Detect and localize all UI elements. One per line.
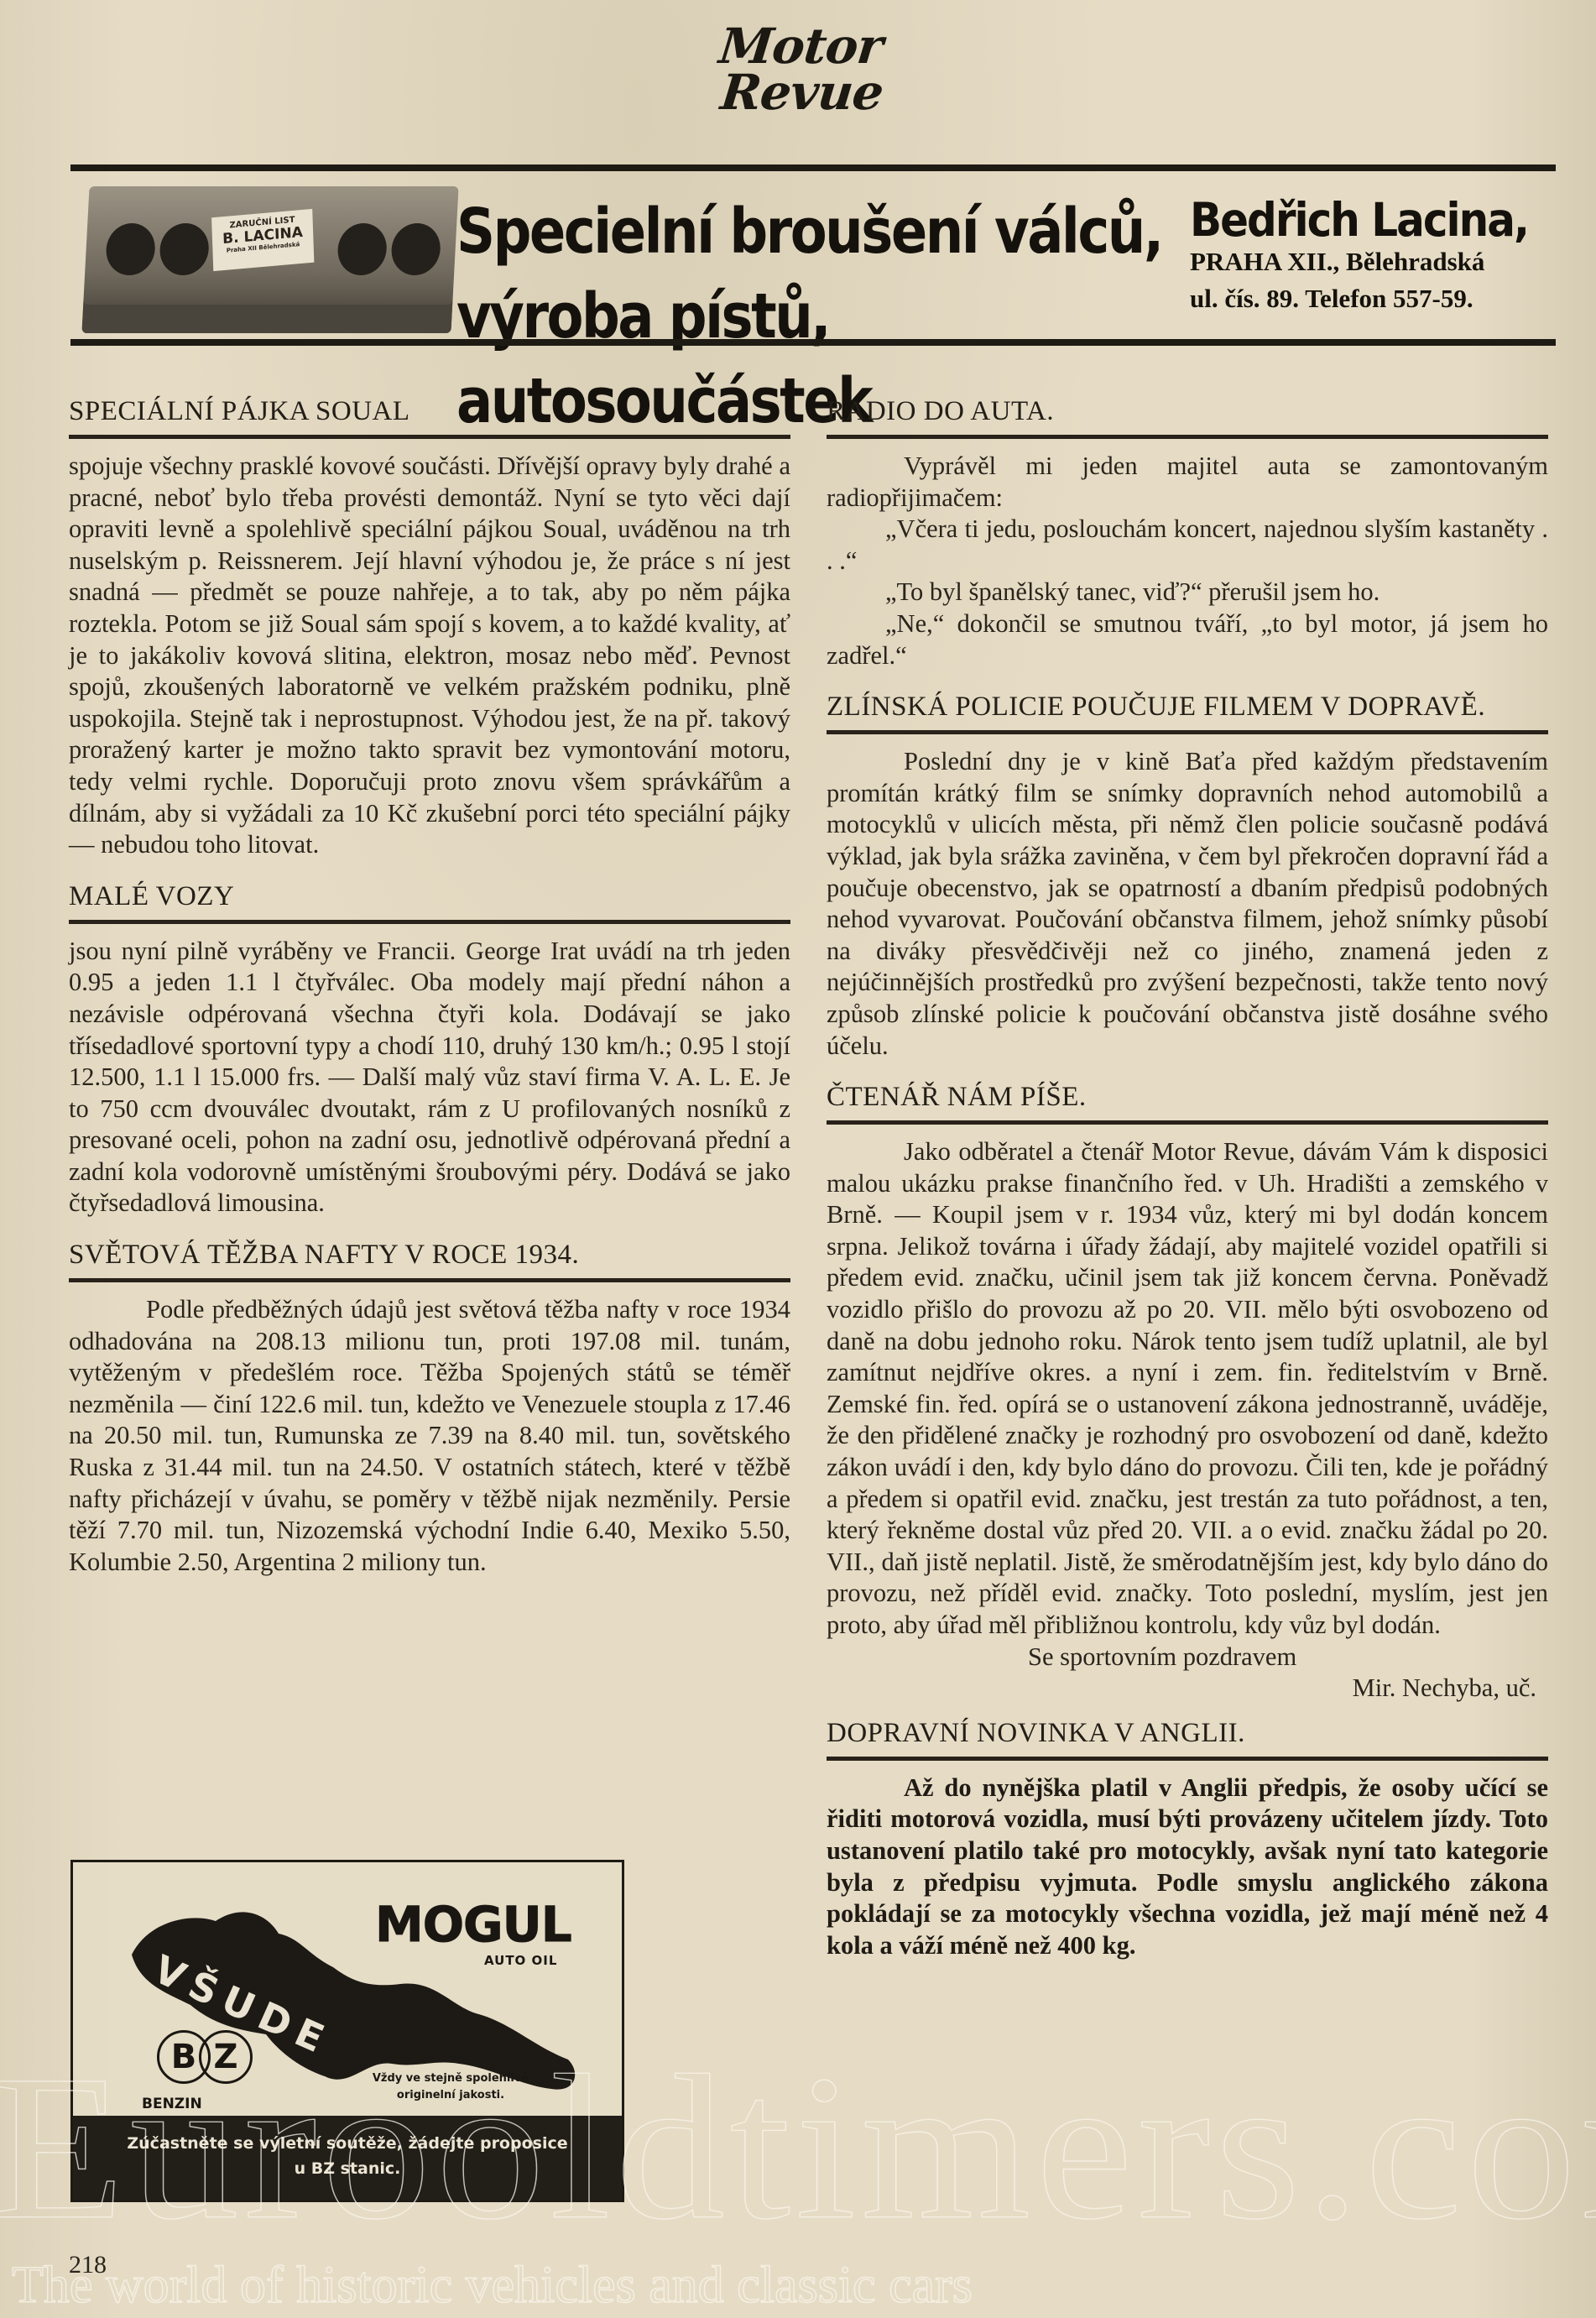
ad-band-line2: u BZ stanic. [73, 2156, 622, 2181]
title-rule [69, 435, 790, 439]
article-paragraph: jsou nyní pilně vyráběny ve Francii. Geo… [69, 936, 790, 1219]
article-england: DOPRAVNÍ NOVINKA V ANGLII. Až do nynějšk… [827, 1716, 1548, 1962]
article-title: RADIO DO AUTA. [827, 394, 1548, 435]
letter-closing: Se sportovním pozdravem [827, 1642, 1548, 1673]
bz-letter-z: Z [199, 2030, 253, 2084]
title-rule [827, 730, 1548, 734]
cylinder-bore-icon [390, 223, 441, 275]
cylinder-head-image: ZARUČNÍ LIST B. LACINA Praha XII Bělehra… [81, 186, 458, 333]
bz-logo-icon: B Z [157, 2030, 249, 2086]
title-rule [827, 1120, 1548, 1125]
article-paragraph: „Ne,“ dokončil se smutnou tváří, „to byl… [827, 608, 1548, 671]
mogul-advertisement: VŠUDE MOGUL AUTO OIL B Z BENZIN Vždy ve … [70, 1860, 624, 2202]
ad-headline-line1: Specielní broušení válců, [456, 190, 1195, 274]
article-paragraph: Vyprávěl mi jeden majitel auta se zamont… [827, 451, 1548, 514]
mogul-brand: MOGUL [375, 1896, 571, 1953]
left-column: SPECIÁLNÍ PÁJKA SOUAL spojuje všechny pr… [69, 394, 790, 1578]
watermark-tagline: The world of historic vehicles and class… [12, 2256, 973, 2315]
ad-top-rule [70, 164, 1556, 171]
article-radio: RADIO DO AUTA. Vyprávěl mi jeden majitel… [827, 394, 1548, 671]
company-address-line2: ul. čís. 89. Telefon 557-59. [1190, 280, 1559, 317]
cylinder-bore-icon [336, 223, 388, 275]
logo-line-2: Revue [718, 70, 885, 116]
article-tezba-nafty: SVĚTOVÁ TĚŽBA NAFTY V ROCE 1934. Podle p… [69, 1238, 790, 1578]
article-title: SVĚTOVÁ TĚŽBA NAFTY V ROCE 1934. [69, 1238, 790, 1278]
ad-slogan: Vždy ve stejně spolehlivé originelní jak… [342, 2070, 560, 2104]
title-rule [827, 435, 1548, 439]
lacina-advertisement: ZARUČNÍ LIST B. LACINA Praha XII Bělehra… [70, 176, 1556, 344]
masthead: Motor Revue [0, 23, 1596, 116]
article-male-vozy: MALÉ VOZY jsou nyní pilně vyráběny ve Fr… [69, 880, 790, 1219]
article-paragraph: Poslední dny je v kině Baťa před každým … [827, 746, 1548, 1062]
article-title: ZLÍNSKÁ POLICIE POUČUJE FILMEM V DOPRAVĚ… [827, 690, 1548, 730]
article-paragraph: „To byl španělský tanec, viď?“ přerušil … [827, 577, 1548, 608]
title-rule [827, 1757, 1548, 1761]
article-zlin-police: ZLÍNSKÁ POLICIE POUČUJE FILMEM V DOPRAVĚ… [827, 690, 1548, 1062]
article-title: MALÉ VOZY [69, 880, 790, 920]
ad-slogan-line2: originelní jakosti. [342, 2087, 560, 2104]
article-paragraph: Podle předběžných údajů jest světová těž… [69, 1294, 790, 1578]
letter-signature: Mir. Nechyba, uč. [827, 1673, 1548, 1705]
article-title: DOPRAVNÍ NOVINKA V ANGLII. [827, 1716, 1548, 1757]
page-number: 218 [69, 2251, 107, 2279]
cylinder-bore-icon [105, 223, 156, 275]
article-title: ČTENÁŘ NÁM PÍŠE. [827, 1080, 1548, 1120]
article-title: SPECIÁLNÍ PÁJKA SOUAL [69, 394, 790, 435]
article-paragraph: Až do nynějška platil v Anglii předpis, … [827, 1772, 1548, 1962]
ad-company: Bedřich Lacina, PRAHA XII., Bělehradská … [1190, 191, 1559, 317]
logo-line-1: Motor [712, 23, 890, 70]
cylinder-bore-icon [159, 223, 210, 275]
title-rule [69, 1278, 790, 1282]
article-paragraph: „Včera ti jedu, poslouchám koncert, naje… [827, 514, 1548, 577]
ad-contest-band: Zúčastněte se výletní soutěže, žádejte p… [73, 2116, 622, 2200]
bz-label: BENZIN [142, 2096, 202, 2112]
article-soual: SPECIÁLNÍ PÁJKA SOUAL spojuje všechny pr… [69, 394, 790, 861]
ad-slogan-line1: Vždy ve stejně spolehlivé [342, 2070, 560, 2087]
ad-band-line1: Zúčastněte se výletní soutěže, žádejte p… [73, 2131, 622, 2156]
article-paragraph: spojuje všechny prasklé kovové součásti.… [69, 451, 790, 861]
article-reader-letter: ČTENÁŘ NÁM PÍŠE. Jako odběratel a čtenář… [827, 1080, 1548, 1705]
right-column: RADIO DO AUTA. Vyprávěl mi jeden majitel… [827, 394, 1548, 1961]
warranty-tag: ZARUČNÍ LIST B. LACINA Praha XII Bělehra… [211, 209, 314, 271]
ad-bottom-rule [70, 339, 1556, 346]
mogul-sub: AUTO OIL [484, 1953, 557, 1968]
company-address-line1: PRAHA XII., Bělehradská [1190, 243, 1559, 280]
article-paragraph: Jako odběratel a čtenář Motor Revue, dáv… [827, 1136, 1548, 1642]
company-name: Bedřich Lacina, [1190, 191, 1559, 248]
magazine-logo: Motor Revue [707, 23, 889, 116]
title-rule [69, 920, 790, 924]
